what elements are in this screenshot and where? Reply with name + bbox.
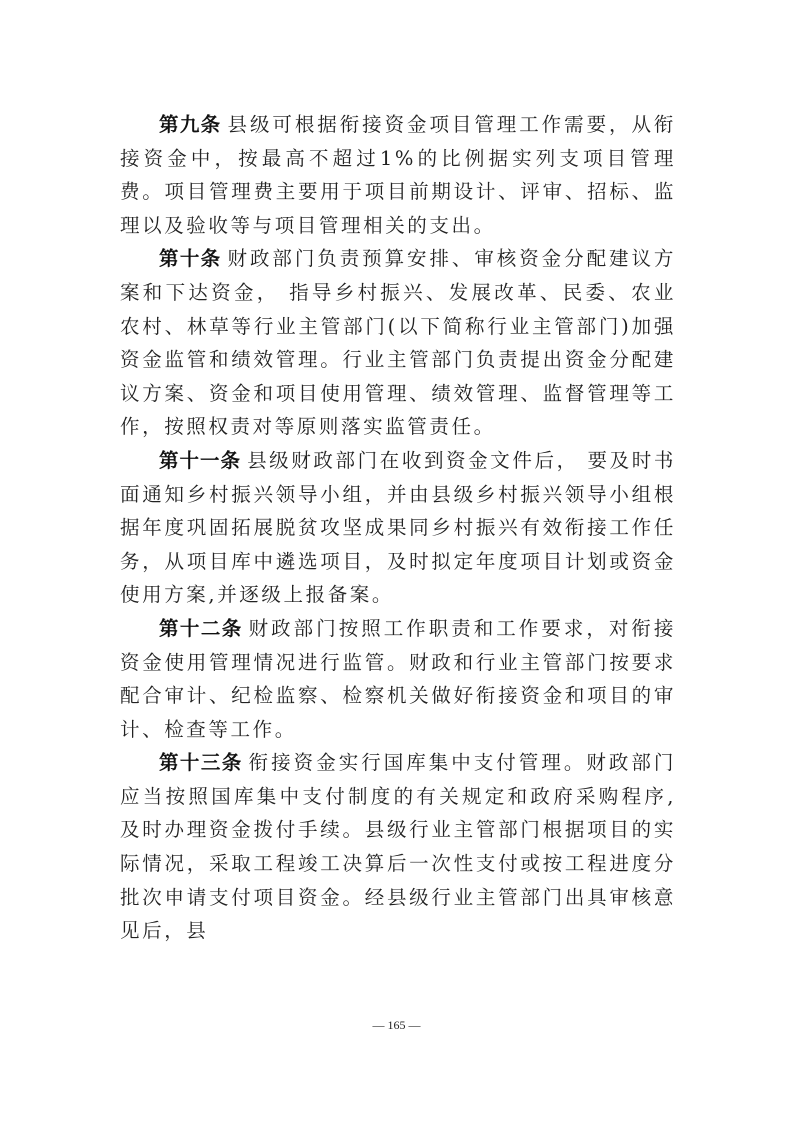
article-heading: 第九条 [159,113,222,136]
article-body: 衔接资金实行国库集中支付管理。财政部门应当按照国库集中支付制度的有关规定和政府采… [120,751,676,942]
article-heading: 第十三条 [159,751,243,774]
article-11: 第十一条县级财政部门在收到资金文件后， 要及时书面通知乡村振兴领导小组，并由县级… [120,444,676,612]
article-heading: 第十一条 [159,449,241,472]
article-10: 第十条财政部门负责预算安排、审核资金分配建议方案和下达资金， 指导乡村振兴、发展… [120,242,676,444]
article-body: 县级财政部门在收到资金文件后， 要及时书面通知乡村振兴领导小组，并由县级乡村振兴… [120,449,676,606]
article-body: 财政部门负责预算安排、审核资金分配建议方案和下达资金， 指导乡村振兴、发展改革、… [120,247,676,438]
article-heading: 第十二条 [159,617,243,640]
body-text: 第九条县级可根据衔接资金项目管理工作需要，从衔接资金中，按最高不超过1%的比例据… [120,108,676,948]
article-12: 第十二条财政部门按照工作职责和工作要求，对衔接资金使用管理情况进行监管。财政和行… [120,612,676,746]
document-page: 第九条县级可根据衔接资金项目管理工作需要，从衔接资金中，按最高不超过1%的比例据… [0,0,793,1122]
article-13: 第十三条衔接资金实行国库集中支付管理。财政部门应当按照国库集中支付制度的有关规定… [120,746,676,948]
article-9: 第九条县级可根据衔接资金项目管理工作需要，从衔接资金中，按最高不超过1%的比例据… [120,108,676,242]
article-heading: 第十条 [159,247,222,270]
page-number: — 165 — [0,1018,793,1033]
